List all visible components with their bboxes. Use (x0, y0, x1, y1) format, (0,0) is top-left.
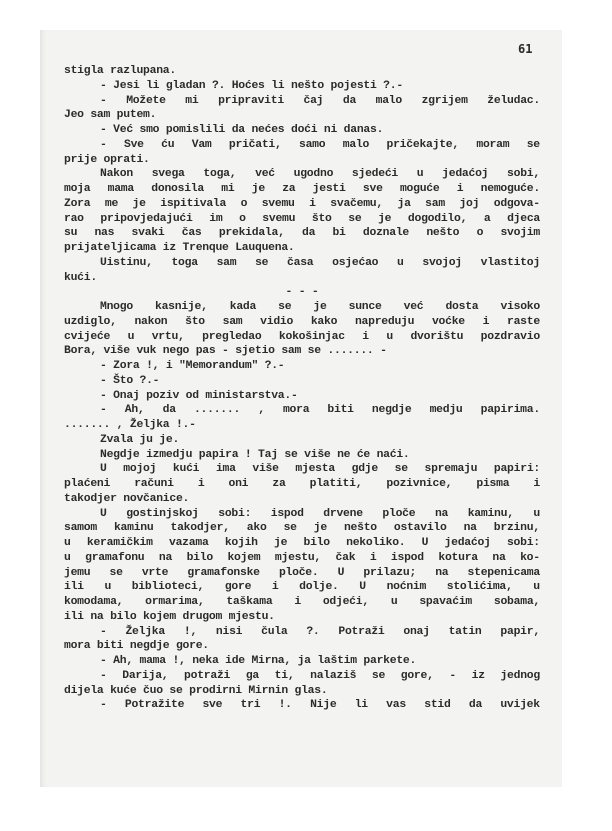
page-number: 61 (518, 42, 532, 56)
text-line: uzdiglo,nakonštosamvidiokakonapredujuvoć… (64, 315, 540, 330)
text-line: -Željka!,nisičula?.Potražionajtatinpapir… (100, 625, 540, 640)
text-line: plaćeniračuniionizaplatiti,pozivnice,pis… (64, 477, 540, 492)
text-line: -SvećuVampričati,samomalopričekajte,mora… (100, 138, 540, 153)
text-line: jemusevrtegramafonskeploče.Uprilazu;nast… (64, 566, 540, 581)
text-line: komodama,ormarima,taškamaiodjeći,uspavać… (64, 595, 540, 610)
text-line: - Zora !, i "Memorandum" ?.- (100, 359, 544, 374)
text-line: - Onaj poziv od ministarstva.- (100, 389, 544, 404)
text-line: prijateljicama iz Trenque Lauquena. (64, 241, 544, 256)
text-line: Bora, više vuk nego pas - sjetio sam se … (64, 344, 544, 359)
text-line: Zoramejeispitivalaosvemuisvačemu,jasamjo… (64, 197, 540, 212)
page-body-text: stigla razlupana.- Jesi li gladan ?. Hoć… (64, 64, 544, 713)
text-line: - Jesi li gladan ?. Hoćes li nešto pojes… (100, 79, 544, 94)
text-line: -Darija,potražigati,nalazišsegore,-izjed… (100, 669, 540, 684)
text-line: -Ah,da.......,morabitinegdjemedjupapirim… (100, 403, 540, 418)
text-line: mora biti negdje gore. (64, 639, 544, 654)
text-line: - - - (64, 285, 540, 300)
text-line: Mnogokasnije,kadasejesuncevećdostavisoko (100, 300, 540, 315)
text-line: ili na bilo kojem drugom mjestu. (64, 610, 544, 625)
text-line: mojamamadonosilamijezajestisvemogućeinem… (64, 182, 540, 197)
text-line: Jeo sam putem. (64, 108, 544, 123)
text-line: ugramafonunabilokojemmjestu,čakiispodkot… (64, 551, 540, 566)
text-line: - Što ?.- (100, 374, 544, 389)
text-line: - Već smo pomislili da nećes doći ni dan… (100, 123, 544, 138)
text-line: - Ah, mama !, neka ide Mirna, ja laštim … (100, 654, 544, 669)
text-line: -Potražitesvetri!.Nijelivasstiddauvijek (100, 698, 540, 713)
text-line: sunassvakičasprekidala,dabidoznaleneštoo… (64, 226, 540, 241)
text-line: -Možetemipripravitičajdamalozgrijemželud… (100, 94, 540, 109)
text-line: cvijećeuvrtu,pregledaokokošinjaciudvoriš… (64, 330, 540, 345)
text-line: dijela kuće čuo se prodirni Mirnin glas. (64, 684, 544, 699)
text-line: stigla razlupana. (64, 64, 544, 79)
text-line: takodjer novčanice. (64, 492, 544, 507)
text-line: Uistinu,togasamsečasaosjećaousvojojvlast… (100, 256, 540, 271)
text-line: raopripovjedajućiimosvemuštosejedogodilo… (64, 212, 540, 227)
text-line: iliubiblioteci,goreidolje.Unoćnimstolići… (64, 580, 540, 595)
text-line: Umojojkućiimavišemjestagdjesespremajupap… (100, 462, 540, 477)
text-line: kući. (64, 271, 544, 286)
text-line: samomkaminutakodjer,akosejeneštoostavilo… (64, 521, 540, 536)
text-line: ukeramičkimvazamakojihjebilonekoliko.Uje… (64, 536, 540, 551)
text-line: Negdje izmedju papira ! Taj se više ne ć… (100, 448, 544, 463)
text-line: Nakonsvegatoga,većugodnosjedećiujedaćojs… (100, 167, 540, 182)
text-line: ....... , Željka !.- (64, 418, 544, 433)
text-line: Ugostinjskojsobi:ispoddrvenepločenakamin… (100, 507, 540, 522)
text-line: prije oprati. (64, 153, 544, 168)
text-line: Zvala ju je. (100, 433, 544, 448)
